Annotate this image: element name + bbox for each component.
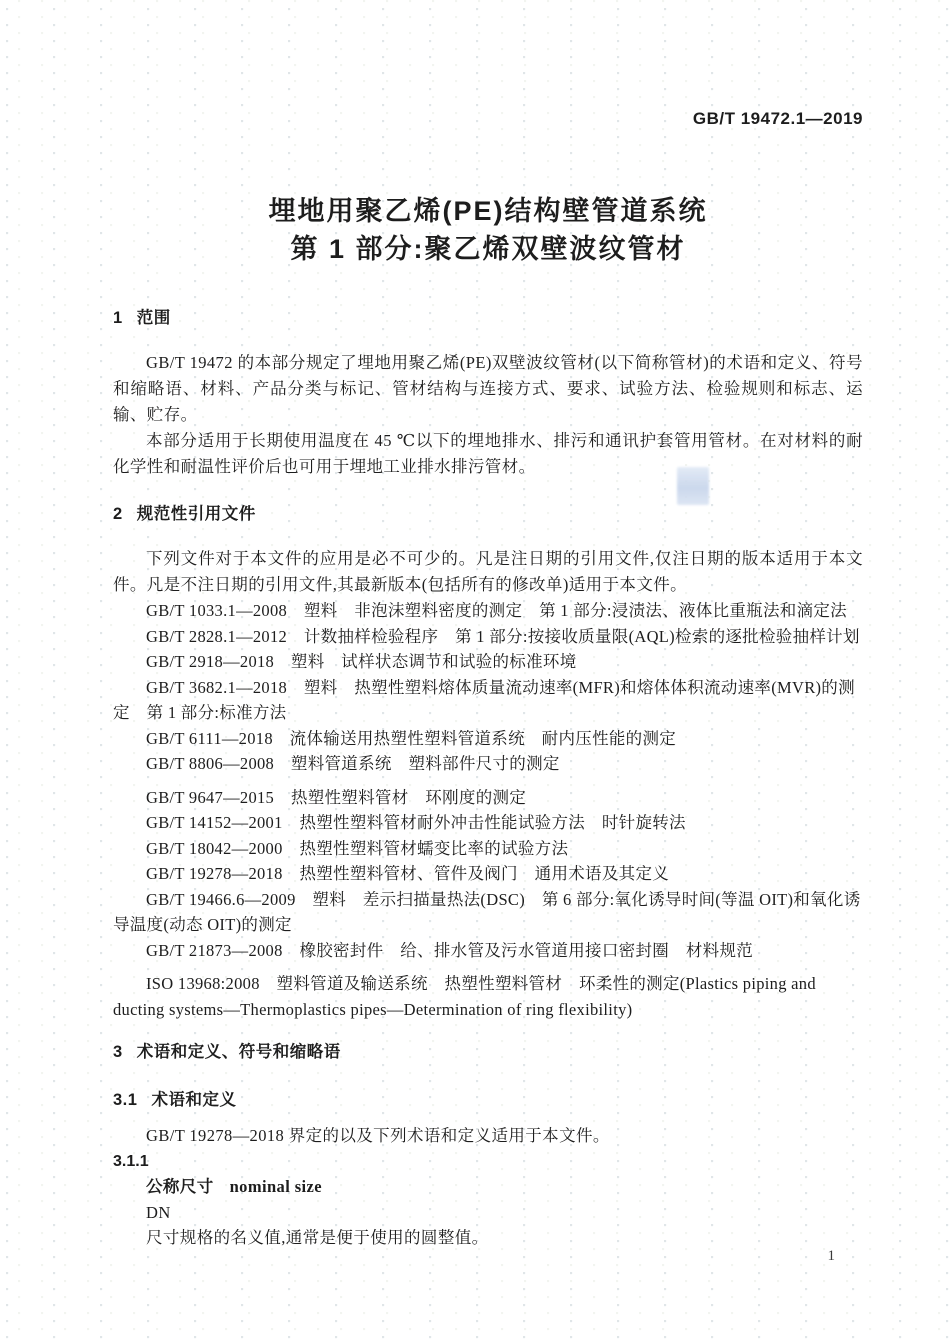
term-number: 3.1.1 bbox=[113, 1149, 863, 1174]
reference-item: GB/T 19278—2018 热塑性塑料管材、管件及阀门 通用术语及其定义 bbox=[113, 861, 863, 887]
document-title-line-1: 埋地用聚乙烯(PE)结构壁管道系统 bbox=[113, 192, 863, 230]
section-2-title: 规范性引用文件 bbox=[137, 505, 256, 523]
reference-item: GB/T 9647—2015 热塑性塑料管材 环刚度的测定 bbox=[113, 785, 863, 811]
reference-item: GB/T 21873—2008 橡胶密封件 给、排水管及污水管道用接口密封圈 材… bbox=[113, 938, 863, 964]
reference-item: GB/T 14152—2001 热塑性塑料管材耐外冲击性能试验方法 时针旋转法 bbox=[113, 810, 863, 836]
reference-item: GB/T 2918—2018 塑料 试样状态调节和试验的标准环境 bbox=[113, 649, 863, 675]
reference-item: GB/T 19466.6—2009 塑料 差示扫描量热法(DSC) 第 6 部分… bbox=[113, 887, 863, 938]
section-3-1-title: 术语和定义 bbox=[151, 1091, 236, 1109]
scope-paragraph-2: 本部分适用于长期使用温度在 45 ℃以下的埋地排水、排污和通讯护套管用管材。在对… bbox=[113, 428, 863, 480]
term-name: 公称尺寸nominal size bbox=[113, 1174, 863, 1200]
document-content: GB/T 19472.1—2019 埋地用聚乙烯(PE)结构壁管道系统 第 1 … bbox=[113, 0, 863, 1250]
terms-intro: GB/T 19278—2018 界定的以及下列术语和定义适用于本文件。 bbox=[113, 1122, 863, 1149]
standard-code: GB/T 19472.1—2019 bbox=[113, 108, 863, 130]
section-1-heading: 1范围 bbox=[113, 306, 863, 330]
section-3-1-heading: 3.1术语和定义 bbox=[113, 1088, 863, 1112]
section-2-heading: 2规范性引用文件 bbox=[113, 502, 863, 526]
document-page: GB/T 19472.1—2019 埋地用聚乙烯(PE)结构壁管道系统 第 1 … bbox=[0, 0, 950, 1344]
reference-item: GB/T 1033.1—2008 塑料 非泡沫塑料密度的测定 第 1 部分:浸渍… bbox=[113, 598, 863, 624]
reference-item: GB/T 3682.1—2018 塑料 热塑性塑料熔体质量流动速率(MFR)和熔… bbox=[113, 675, 863, 726]
document-title: 埋地用聚乙烯(PE)结构壁管道系统 第 1 部分:聚乙烯双壁波纹管材 bbox=[113, 192, 863, 268]
reference-item: GB/T 2828.1—2012 计数抽样检验程序 第 1 部分:按接收质量限(… bbox=[113, 624, 863, 650]
document-title-line-2: 第 1 部分:聚乙烯双壁波纹管材 bbox=[113, 230, 863, 268]
reference-item: GB/T 6111—2018 流体输送用热塑性塑料管道系统 耐内压性能的测定 bbox=[113, 726, 863, 752]
reference-item: ISO 13968:2008 塑料管道及输送系统 热塑性塑料管材 环柔性的测定(… bbox=[113, 971, 863, 1022]
section-3-heading: 3术语和定义、符号和缩略语 bbox=[113, 1040, 863, 1064]
section-2-number: 2 bbox=[113, 502, 123, 526]
term-definition: 尺寸规格的名义值,通常是便于使用的圆整值。 bbox=[113, 1225, 863, 1250]
normative-references-list: GB/T 1033.1—2008 塑料 非泡沫塑料密度的测定 第 1 部分:浸渍… bbox=[113, 598, 863, 1022]
section-1-number: 1 bbox=[113, 306, 123, 330]
term-name-en: nominal size bbox=[230, 1177, 322, 1196]
term-name-zh: 公称尺寸 bbox=[146, 1178, 214, 1196]
section-3-1-number: 3.1 bbox=[113, 1088, 137, 1112]
scope-paragraph-1: GB/T 19472 的本部分规定了埋地用聚乙烯(PE)双壁波纹管材(以下简称管… bbox=[113, 350, 863, 428]
reference-item: GB/T 18042—2000 热塑性塑料管材蠕变比率的试验方法 bbox=[113, 836, 863, 862]
section-3-title: 术语和定义、符号和缩略语 bbox=[137, 1043, 341, 1061]
normative-references-intro: 下列文件对于本文件的应用是必不可少的。凡是注日期的引用文件,仅注日期的版本适用于… bbox=[113, 546, 863, 598]
page-number: 1 bbox=[828, 1248, 836, 1265]
reference-item: GB/T 8806—2008 塑料管道系统 塑料部件尺寸的测定 bbox=[113, 751, 863, 777]
term-symbol: DN bbox=[113, 1200, 863, 1225]
section-1-title: 范围 bbox=[137, 309, 171, 327]
section-3-number: 3 bbox=[113, 1040, 123, 1064]
